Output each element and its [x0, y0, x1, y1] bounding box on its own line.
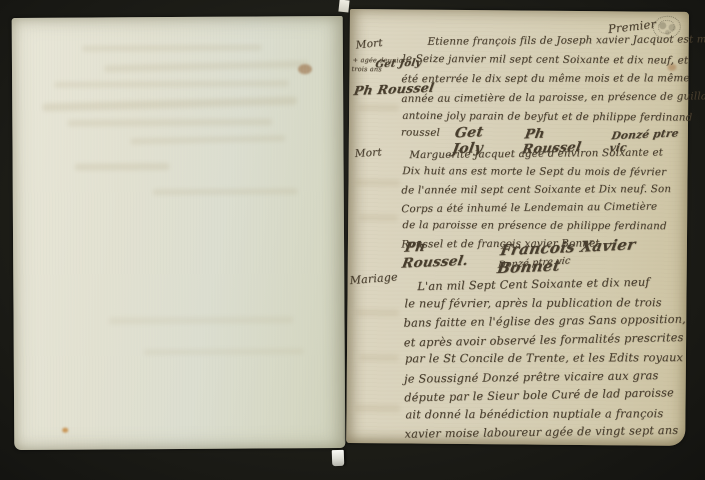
entry3-marriage-record-text: L'an mil Sept Cent Soixante et dix neuf … — [403, 274, 686, 443]
bleedthrough-smudge — [42, 97, 297, 112]
record-line: été enterrée le dix sept du même mois et… — [401, 69, 689, 89]
binding-fragment-top — [338, 0, 349, 12]
bleedthrough-smudge — [153, 188, 298, 195]
entry1-margin-label-mort: Mort — [355, 37, 383, 52]
record-line: Marguerite Jacquet agée d'environ Soixan… — [401, 143, 687, 164]
signature-fx-bonnet: Francois Xavier Bonnet — [496, 233, 691, 277]
record-line: Etienne françois fils de Joseph xavier J… — [401, 30, 689, 52]
bleedthrough-smudge — [75, 163, 170, 171]
entry2-signatures: Ph Roussel. Francois Xavier Bonnet — [404, 235, 687, 273]
bleedthrough-smudge — [357, 104, 399, 111]
entry1-death-record-text: Etienne françois fils de Joseph xavier J… — [401, 31, 689, 127]
bleedthrough-smudge — [109, 316, 294, 324]
bleedthrough-smudge — [67, 118, 272, 126]
bleedthrough-smudge — [354, 404, 400, 412]
record-line: le Seize janvier mil sept cent Soixante … — [402, 50, 690, 71]
bleedthrough-smudge — [54, 80, 289, 87]
paper-stain — [62, 428, 68, 433]
bleedthrough-smudge — [355, 309, 399, 316]
record-line: roussel — [401, 126, 440, 138]
bleedthrough-smudge — [144, 348, 304, 355]
bleedthrough-smudge — [82, 44, 262, 51]
entry3-margin-label-mariage: Mariage — [349, 270, 398, 287]
paper-stain — [298, 64, 312, 74]
bleedthrough-smudge — [104, 60, 309, 72]
record-line: Corps a été inhumé le Lendemain au Cimet… — [401, 197, 687, 218]
signature-ph-roussel: Ph Roussel. — [401, 236, 491, 272]
record-line: Dix huit ans est morte le Sept du mois d… — [402, 162, 688, 181]
record-line: par le St Concile de Trente, et les Edit… — [405, 349, 687, 369]
right-page-entries: Premier Mort + agée deunia trois ans Get… — [346, 9, 689, 446]
bleedthrough-smudge — [130, 135, 285, 144]
record-line: de la paroisse en présence de philippe f… — [402, 216, 688, 235]
entry2-margin-label-mort: Mort — [354, 146, 382, 160]
bleedthrough-smudge — [354, 179, 400, 186]
bleedthrough-smudge — [358, 214, 398, 221]
left-page-blank-verso — [12, 16, 346, 450]
record-line: de l'année mil sept cent Soixante et Dix… — [401, 180, 687, 199]
bleedthrough-smudge — [359, 354, 399, 361]
record-line: xavier moise laboureur agée de vingt sep… — [404, 422, 686, 444]
register-scan: Premier Mort + agée deunia trois ans Get… — [0, 0, 705, 480]
record-line: année au cimetière de la paroisse, en pr… — [401, 87, 689, 109]
binding-clip-bottom — [332, 450, 345, 466]
